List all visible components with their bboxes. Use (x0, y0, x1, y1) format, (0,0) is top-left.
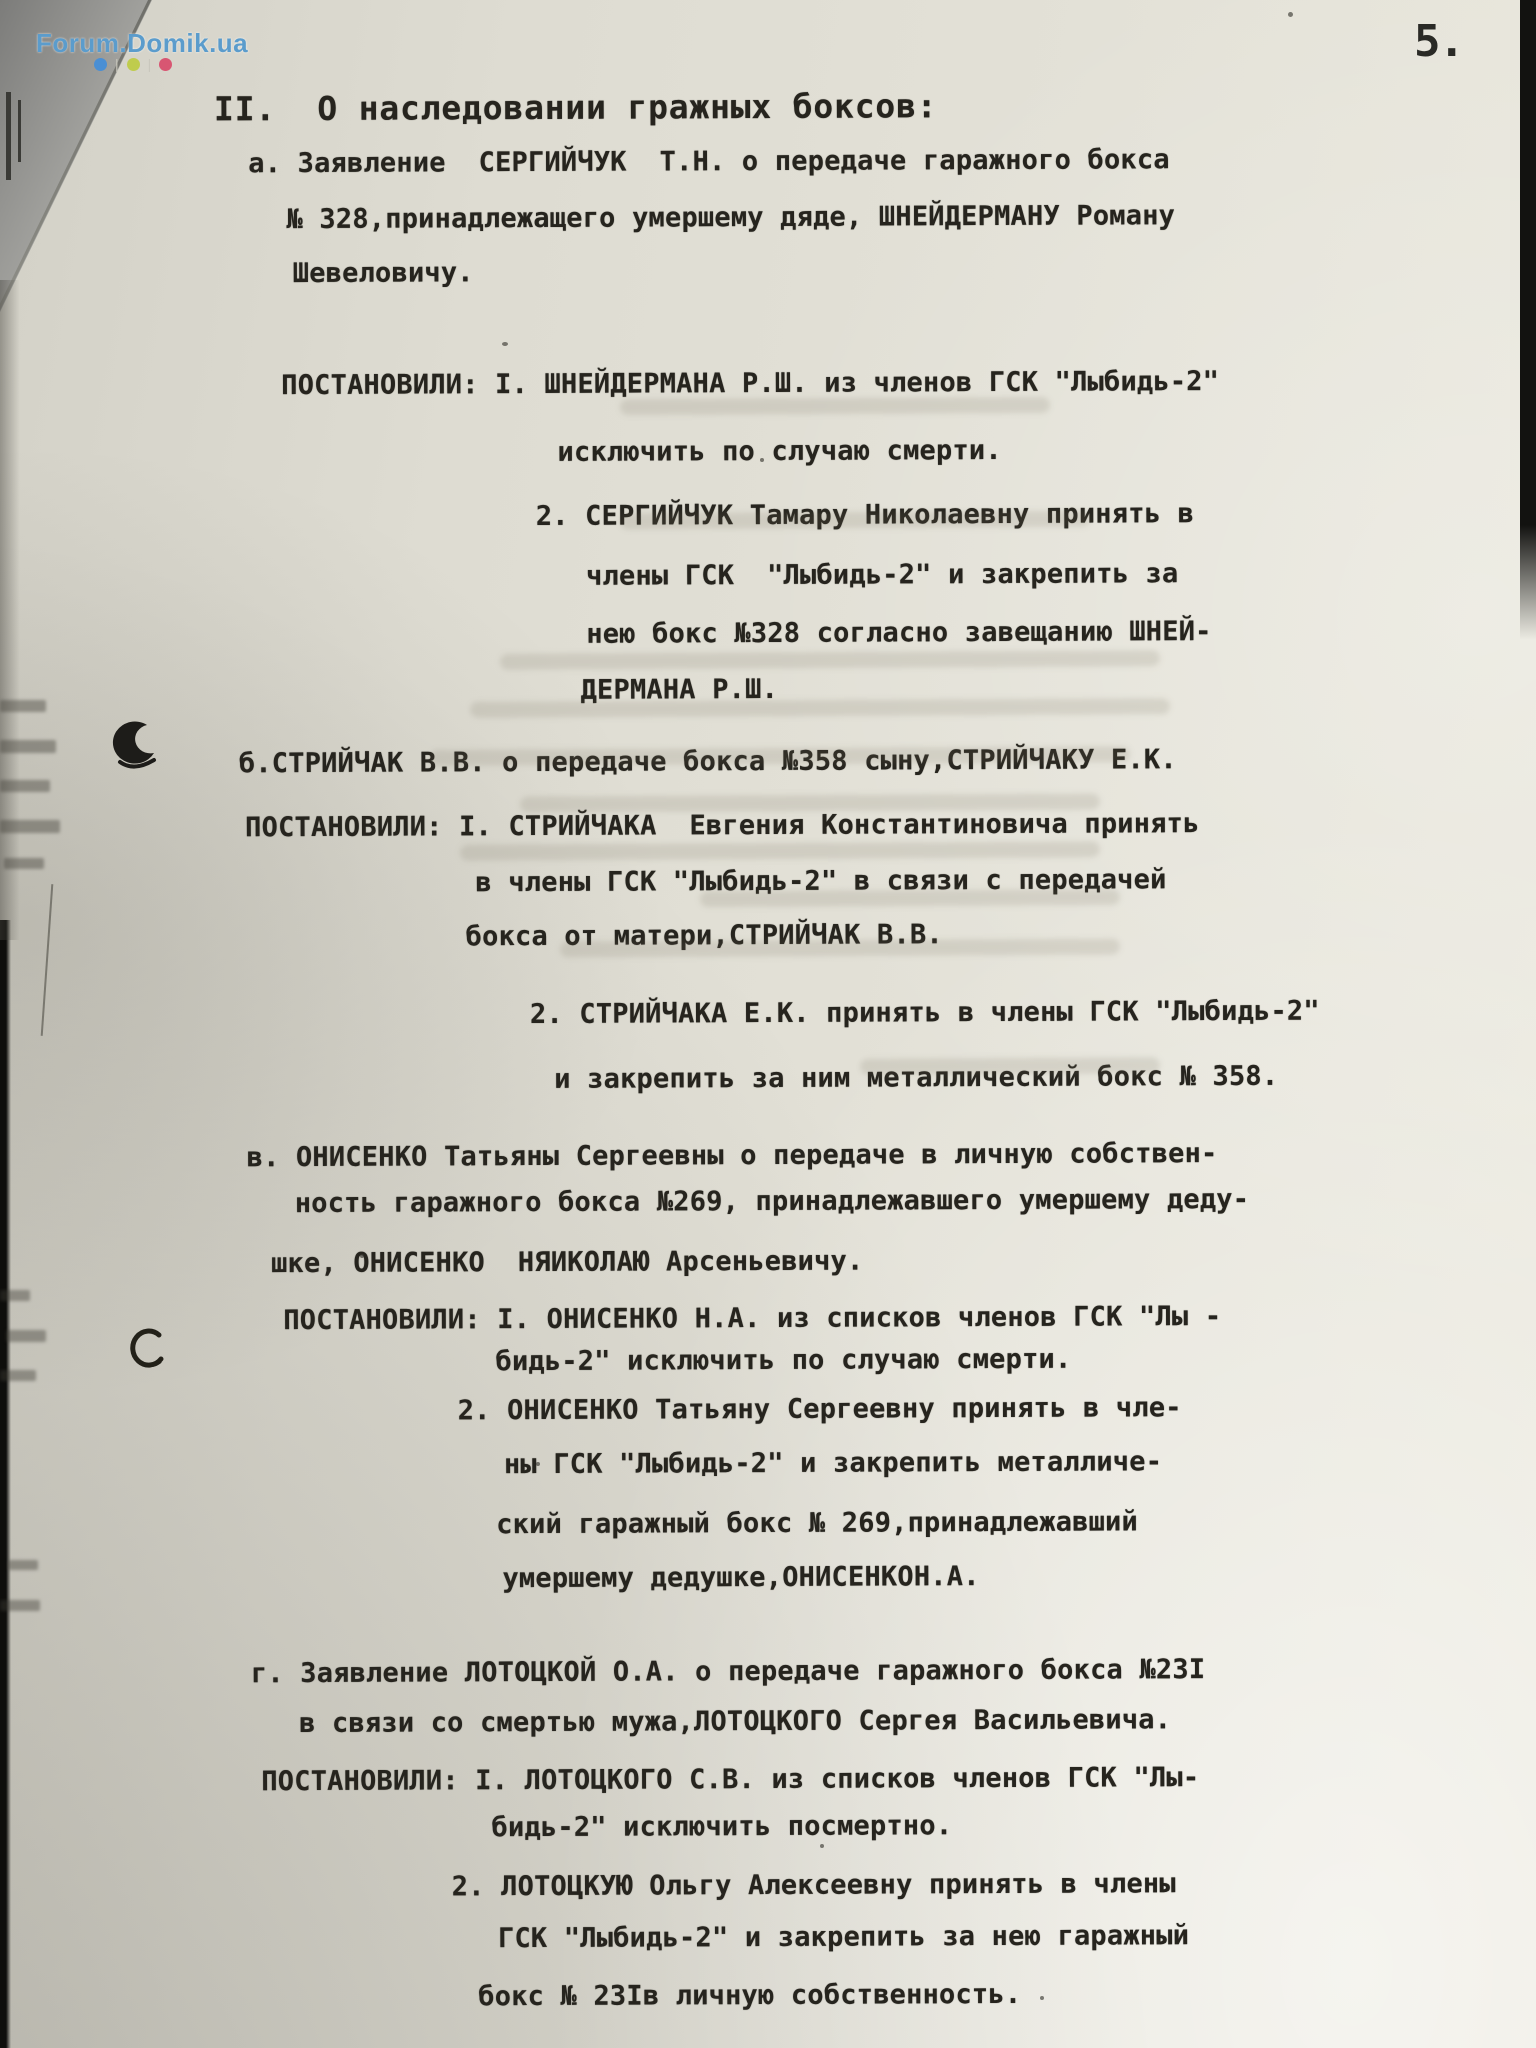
doc-line: а. Заявление СЕРГИЙЧУК Т.Н. о передаче г… (248, 146, 1170, 177)
ink-speck (360, 1254, 364, 1258)
doc-line: 2. ОНИСЕНКО Татьяну Сергеевну принять в … (458, 1394, 1182, 1424)
bleedthrough-text (460, 841, 1100, 860)
doc-line: исключить по случаю смерти. (557, 437, 1001, 466)
margin-smudge (0, 740, 56, 753)
doc-line: нею бокс №328 согласно завещанию ШНЕЙ- (586, 618, 1211, 648)
doc-line: бидь-2" исключить посмертно. (491, 1812, 952, 1841)
bleedthrough-text (560, 939, 1120, 958)
margin-smudge (0, 1370, 36, 1381)
margin-smudge (0, 1290, 30, 1301)
typed-text-layer: II. О наследовании гражных боксов: а. За… (0, 0, 1536, 2048)
bleedthrough-text (860, 1057, 1160, 1075)
margin-smudge (0, 780, 50, 792)
margin-smudge (4, 858, 44, 869)
doc-line: ПОСТАНОВИЛИ: I. ЛОТОЦКОГО С.В. из списко… (261, 1764, 1199, 1795)
doc-line: бидь-2" исключить по случаю смерти. (495, 1346, 1071, 1376)
bleedthrough-text (620, 397, 1050, 415)
margin-smudge (0, 700, 46, 712)
document-photo: Forum.Domik.ua | | 5. II. О наследовании… (0, 0, 1536, 2048)
ink-crescent-stain (104, 720, 160, 774)
ink-crescent-stain (124, 1328, 168, 1374)
doc-line: ПОСТАНОВИЛИ: I. СТРИЙЧАКА Евгения Конста… (245, 810, 1200, 841)
section-heading: II. О наследовании гражных боксов: (214, 89, 938, 125)
doc-line: г. Заявление ЛОТОЦКОЙ О.А. о передаче га… (251, 1656, 1206, 1687)
doc-line: 2. СТРИЙЧАКА Е.К. принять в члены ГСК "Л… (530, 998, 1320, 1028)
doc-line: ПОСТАНОВИЛИ: I. ШНЕЙДЕРМАНА Р.Ш. из член… (281, 368, 1219, 399)
doc-line: 2. ЛОТОЦКУЮ Ольгу Алексеевну принять в ч… (452, 1870, 1176, 1900)
ink-speck (536, 1462, 540, 1466)
doc-line: в связи со смертью мужа,ЛОТОЦКОГО Сергея… (299, 1706, 1171, 1737)
doc-line: умершему дедушке,ОНИСЕНКОН.А. (502, 1563, 979, 1592)
doc-line: члены ГСК "Лыбидь-2" и закрепить за (586, 560, 1179, 590)
doc-line: № 328,принадлежащего умершему дяде, ШНЕЙ… (286, 202, 1175, 233)
doc-line: ский гаражный бокс № 269,принадлежавший (496, 1508, 1138, 1538)
doc-line: ны ГСК "Лыбидь-2" и закрепить металличе- (504, 1448, 1162, 1478)
doc-line: ность гаражного бокса №269, принадлежавш… (295, 1186, 1250, 1217)
bleedthrough-text (620, 511, 1090, 529)
doc-line: бокс № 23Iв личную собственность. (478, 1981, 1021, 2010)
margin-smudge (6, 1330, 46, 1342)
doc-line: Шевеловичу. (293, 259, 474, 287)
doc-line: шке, ОНИСЕНКО НЯИКОЛАЮ Арсеньевичу. (271, 1248, 864, 1278)
ink-speck (1040, 1996, 1044, 2000)
margin-smudge (8, 1560, 38, 1570)
ink-speck (820, 1844, 824, 1848)
ink-speck (1288, 12, 1293, 17)
margin-smudge (0, 820, 60, 833)
margin-smudge (0, 1600, 40, 1611)
doc-line: ГСК "Лыбидь-2" и закрепить за нею гаражн… (498, 1922, 1189, 1952)
bleedthrough-text (700, 889, 1120, 907)
ink-speck (760, 458, 764, 462)
doc-line: в. ОНИСЕНКО Татьяны Сергеевны о передаче… (247, 1140, 1218, 1171)
doc-line: ПОСТАНОВИЛИ: I. ОНИСЕНКО Н.А. из списков… (283, 1303, 1221, 1334)
bleedthrough-text (520, 793, 1100, 812)
ink-speck (502, 342, 508, 346)
